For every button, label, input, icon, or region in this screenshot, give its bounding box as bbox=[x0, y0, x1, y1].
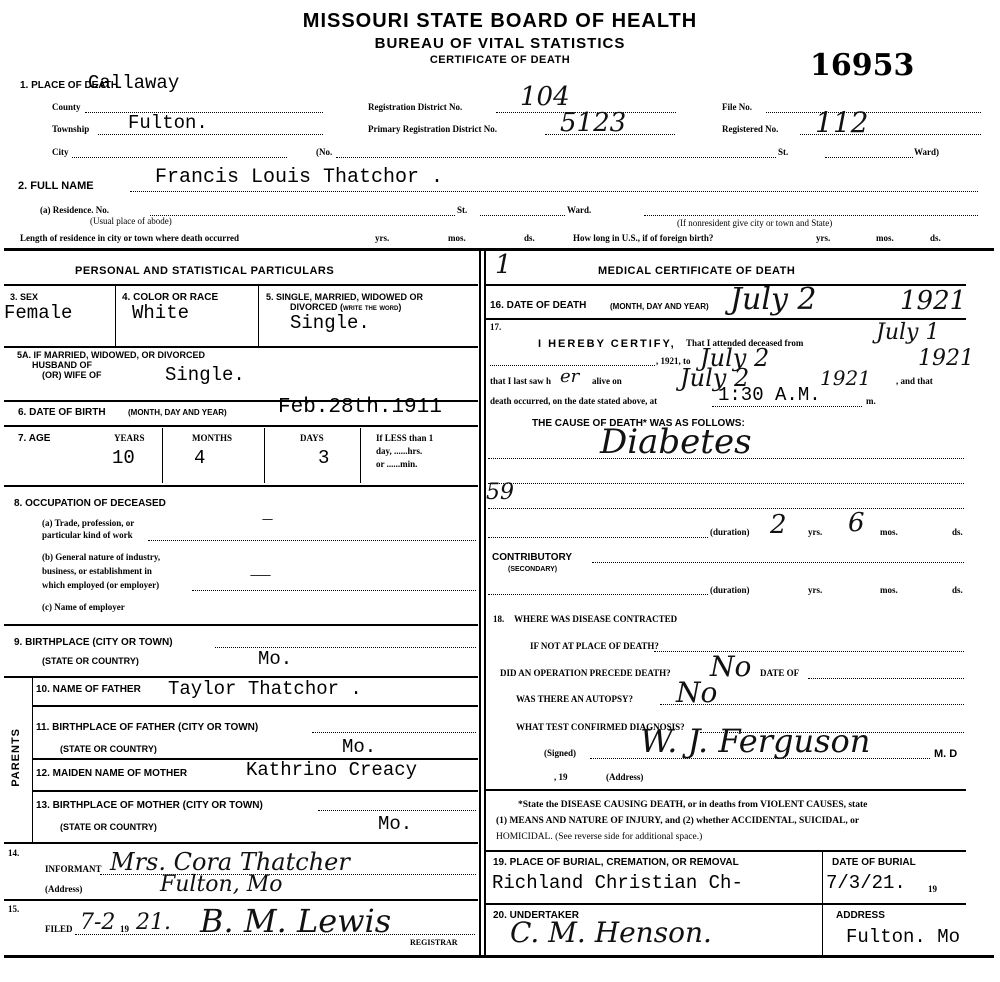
employer-label: (c) Name of employer bbox=[42, 602, 125, 612]
duration-yrs-label: yrs. bbox=[808, 527, 822, 537]
undertaker-value: C. M. Henson. bbox=[510, 916, 712, 949]
secondary-label: (SECONDARY) bbox=[508, 566, 557, 573]
footnote-line-1: *State the DISEASE CAUSING DEATH, or in … bbox=[518, 797, 867, 813]
informant-address-value: Fulton, Mo bbox=[160, 872, 282, 897]
file-no-label: File No. bbox=[722, 102, 752, 112]
footnote-line-2: (1) MEANS AND NATURE OF INJURY, and (2) … bbox=[496, 813, 859, 829]
marital-label: 5. SINGLE, MARRIED, WIDOWED OR bbox=[266, 292, 423, 302]
date-of-death-year: 1921 bbox=[900, 286, 966, 316]
row-divider-11 bbox=[4, 899, 478, 901]
dob-value: Feb.28th.1911 bbox=[278, 396, 442, 419]
signed-year-prefix: , 19 bbox=[554, 772, 568, 782]
personal-section-title: PERSONAL AND STATISTICAL PARTICULARS bbox=[75, 265, 334, 277]
cause-mark: 59 bbox=[486, 480, 514, 505]
birthplace-value: Mo. bbox=[258, 648, 292, 670]
cause-line-3 bbox=[488, 508, 964, 509]
row-divider-7 bbox=[32, 705, 478, 707]
mother-name-value: Kathrino Creacy bbox=[246, 759, 417, 781]
m-suffix: m. bbox=[866, 396, 876, 406]
occupation-b-line1: (b) General nature of industry, bbox=[42, 552, 160, 562]
burial-row-divider bbox=[486, 903, 966, 905]
filed-label: FILED bbox=[45, 924, 73, 934]
mother-name-label: 12. MAIDEN NAME OF MOTHER bbox=[36, 768, 187, 779]
sex-label: 3. SEX bbox=[10, 292, 38, 302]
nonresident-note: (If nonresident give city or town and St… bbox=[677, 218, 832, 228]
and-that-label: , and that bbox=[896, 376, 933, 386]
nonresident-line bbox=[644, 215, 978, 216]
ward-label: Ward) bbox=[914, 147, 939, 157]
street-no-label: (No. bbox=[316, 147, 332, 157]
alive-on-label: alive on bbox=[592, 376, 622, 386]
medical-divider bbox=[486, 284, 966, 286]
cause-value: Diabetes bbox=[600, 422, 752, 462]
foreign-birth-label: How long in U.S., if of foreign birth? bbox=[573, 233, 713, 243]
where-num: 18. bbox=[493, 614, 504, 624]
row-divider-10 bbox=[4, 842, 478, 844]
length-yrs: yrs. bbox=[375, 233, 389, 243]
last-saw-label: that I last saw h bbox=[490, 376, 551, 386]
less-than-label-2: day, ......hrs. bbox=[376, 446, 422, 456]
mother-birth-state-label: (STATE OR COUNTRY) bbox=[60, 822, 157, 832]
contributory-label: CONTRIBUTORY bbox=[492, 552, 572, 563]
cause-line-1 bbox=[488, 458, 964, 459]
residence-ward-label: Ward. bbox=[567, 205, 591, 215]
age-label: 7. AGE bbox=[18, 433, 50, 444]
row-divider-9 bbox=[32, 790, 478, 792]
if-not-label: IF NOT AT PLACE OF DEATH? bbox=[530, 641, 659, 651]
spouse-label-3: (OR) WIFE OF bbox=[42, 370, 102, 380]
duration-mos-value: 6 bbox=[848, 508, 865, 538]
occurred-value: 1:30 A.M. bbox=[718, 384, 821, 406]
occupation-b-line3: which employed (or employer) bbox=[42, 580, 159, 590]
contributory-yrs-label: yrs. bbox=[808, 585, 822, 595]
burial-date-label: DATE OF BURIAL bbox=[832, 857, 916, 868]
race-value: White bbox=[132, 302, 189, 324]
father-name-label: 10. NAME OF FATHER bbox=[36, 684, 141, 695]
birthplace-city-line bbox=[215, 647, 476, 648]
sex-value: Female bbox=[4, 302, 72, 324]
street-label: St. bbox=[778, 147, 788, 157]
signed-label: (Signed) bbox=[544, 748, 576, 758]
ward-line bbox=[825, 157, 913, 158]
row-divider-4 bbox=[4, 485, 478, 487]
occurred-label: death occurred, on the date stated above… bbox=[490, 396, 657, 406]
filed-date: 7-2 bbox=[80, 910, 115, 935]
mother-birth-city-line bbox=[318, 810, 476, 811]
father-birth-value: Mo. bbox=[342, 736, 376, 758]
operation-label: DID AN OPERATION PRECEDE DEATH? bbox=[500, 668, 671, 678]
physician-address-label: (Address) bbox=[606, 772, 643, 782]
length-ds: ds. bbox=[524, 233, 535, 243]
duration-label: (duration) bbox=[710, 527, 750, 537]
mother-birth-value: Mo. bbox=[378, 813, 412, 835]
burial-place-label: 19. PLACE OF BURIAL, CREMATION, OR REMOV… bbox=[493, 857, 739, 868]
attended-to-year: 1921 bbox=[918, 346, 974, 371]
row-divider-3 bbox=[4, 425, 478, 427]
last-saw-pronoun: er bbox=[560, 366, 579, 387]
township-value: Fulton. bbox=[128, 112, 208, 134]
less-than-label-1: If LESS than 1 bbox=[376, 433, 433, 443]
foreign-mos: mos. bbox=[876, 233, 894, 243]
attended-from: July 1 bbox=[876, 320, 939, 345]
filed-year-prefix: 19 bbox=[120, 924, 129, 934]
primary-reg-label: Primary Registration District No. bbox=[368, 124, 497, 134]
medical-row-divider-2 bbox=[486, 789, 966, 791]
md-label: M. D bbox=[934, 748, 957, 760]
file-no-line bbox=[766, 112, 981, 113]
township-line bbox=[98, 134, 323, 135]
registered-no-label: Registered No. bbox=[722, 124, 778, 134]
certify-num: 17. bbox=[490, 322, 501, 332]
alive-year: 1921 bbox=[820, 366, 871, 390]
father-birth-label: 11. BIRTHPLACE OF FATHER (CITY OR TOWN) bbox=[36, 722, 258, 733]
occupation-label: 8. OCCUPATION OF DECEASED bbox=[14, 498, 166, 509]
residence-st-label: St. bbox=[457, 205, 467, 215]
filed-year: 21. bbox=[136, 910, 171, 935]
occupation-b-line2: business, or establishment in bbox=[42, 566, 152, 576]
father-birth-city-line bbox=[312, 732, 476, 733]
autopsy-label: WAS THERE AN AUTOPSY? bbox=[516, 694, 633, 704]
city-line bbox=[72, 157, 287, 158]
certificate-number: 16953 bbox=[810, 48, 914, 83]
birthplace-label: 9. BIRTHPLACE (CITY OR TOWN) bbox=[14, 637, 173, 648]
filed-num: 15. bbox=[8, 904, 19, 914]
medical-section-title: MEDICAL CERTIFICATE OF DEATH bbox=[598, 265, 795, 277]
years-value: 10 bbox=[112, 447, 135, 469]
burial-date-value: 7/3/21. bbox=[826, 872, 906, 894]
less-than-label-3: or ......min. bbox=[376, 459, 417, 469]
days-less-divider bbox=[360, 428, 361, 483]
spouse-label-1: 5A. IF MARRIED, WIDOWED, OR DIVORCED bbox=[17, 350, 205, 360]
residence-ward-line bbox=[480, 215, 565, 216]
mother-birth-label: 13. BIRTHPLACE OF MOTHER (CITY OR TOWN) bbox=[36, 800, 263, 811]
date-of-death-label: 16. DATE OF DEATH bbox=[490, 300, 586, 311]
full-name-line bbox=[130, 191, 978, 192]
race-marital-divider bbox=[258, 286, 259, 346]
residence-label: (a) Residence. No. bbox=[40, 205, 109, 215]
length-mos: mos. bbox=[448, 233, 466, 243]
contributory-mos-label: mos. bbox=[880, 585, 898, 595]
spouse-value: Single. bbox=[165, 364, 245, 386]
contributory-line bbox=[592, 562, 964, 563]
marital-label-2: DIVORCED (write the word) bbox=[290, 302, 401, 312]
date-of-death-value: July 2 bbox=[730, 282, 817, 317]
medical-row-divider-3 bbox=[486, 850, 966, 852]
occurred-line bbox=[712, 406, 862, 407]
residence-line bbox=[150, 215, 455, 216]
months-value: 4 bbox=[194, 447, 205, 469]
spouse-label-2: HUSBAND OF bbox=[32, 360, 92, 370]
duration-line bbox=[488, 537, 708, 538]
cause-line-2 bbox=[488, 483, 964, 484]
dob-label: 6. DATE OF BIRTH bbox=[18, 407, 106, 418]
row-divider-1 bbox=[4, 346, 478, 348]
date-of-label: DATE OF bbox=[760, 668, 799, 678]
duration-ds-label: ds. bbox=[952, 527, 963, 537]
where-label: WHERE WAS DISEASE CONTRACTED bbox=[514, 614, 677, 624]
informant-num: 14. bbox=[8, 848, 19, 858]
burial-address-value: Fulton. Mo bbox=[846, 926, 960, 948]
dob-sublabel: (MONTH, DAY AND YEAR) bbox=[128, 408, 227, 417]
duration-yrs-value: 2 bbox=[770, 510, 787, 540]
full-name-label: 2. FULL NAME bbox=[18, 180, 94, 192]
marital-value: Single. bbox=[290, 312, 370, 334]
street-line bbox=[336, 157, 776, 158]
personal-divider bbox=[4, 284, 478, 286]
bottom-border bbox=[4, 955, 994, 958]
informant-label: INFORMANT bbox=[45, 864, 102, 874]
occupation-a-line bbox=[148, 540, 476, 541]
row-divider-5 bbox=[4, 624, 478, 626]
contributory-duration-line bbox=[488, 594, 708, 595]
months-days-divider bbox=[264, 428, 265, 483]
contributory-duration-label: (duration) bbox=[710, 585, 750, 595]
burial-date-suffix: 19 bbox=[928, 884, 937, 894]
township-label: Township bbox=[52, 124, 89, 134]
footnote-line-3: HOMICIDAL. (See reverse side for additio… bbox=[496, 829, 702, 845]
registrar-signature: B. M. Lewis bbox=[200, 902, 391, 940]
occupation-a-line2: particular kind of work bbox=[42, 530, 133, 540]
parents-bracket bbox=[32, 678, 33, 843]
days-value: 3 bbox=[318, 447, 329, 469]
abode-note: (Usual place of abode) bbox=[90, 216, 172, 226]
county-value: Callaway bbox=[88, 72, 179, 94]
birthplace-state-label: (STATE OR COUNTRY) bbox=[42, 656, 139, 666]
foreign-yrs: yrs. bbox=[816, 233, 830, 243]
burial-place-value: Richland Christian Ch- bbox=[492, 872, 743, 894]
father-birth-state-label: (STATE OR COUNTRY) bbox=[60, 744, 157, 754]
occupation-b-value: ---------- bbox=[250, 570, 270, 580]
registered-no-value: 112 bbox=[815, 106, 868, 139]
informant-address-label: (Address) bbox=[45, 884, 82, 894]
length-residence-label: Length of residence in city or town wher… bbox=[20, 233, 239, 243]
reg-district-label: Registration District No. bbox=[368, 102, 462, 112]
county-label: County bbox=[52, 102, 81, 112]
days-label: DAYS bbox=[300, 433, 324, 443]
date-of-death-sublabel: (MONTH, DAY AND YEAR) bbox=[610, 302, 709, 311]
years-months-divider bbox=[162, 428, 163, 483]
father-name-value: Taylor Thatchor . bbox=[168, 678, 362, 700]
if-not-line bbox=[654, 651, 964, 652]
operation-date-line bbox=[808, 678, 964, 679]
occupation-b-line bbox=[192, 590, 476, 591]
registrar-label: REGISTRAR bbox=[410, 938, 458, 947]
certify-label: I HEREBY CERTIFY, bbox=[538, 338, 676, 350]
column-divider-left bbox=[479, 251, 481, 958]
parents-side-label: PARENTS bbox=[10, 728, 22, 787]
primary-reg-value: 5123 bbox=[560, 108, 626, 138]
board-title: MISSOURI STATE BOARD OF HEALTH bbox=[0, 10, 1000, 33]
sex-race-divider bbox=[115, 286, 116, 346]
months-label: MONTHS bbox=[192, 433, 232, 443]
duration-mos-label: mos. bbox=[880, 527, 898, 537]
full-name-value: Francis Louis Thatchor . bbox=[155, 166, 443, 189]
contributory-ds-label: ds. bbox=[952, 585, 963, 595]
physician-signature: W. J. Ferguson bbox=[640, 722, 870, 760]
occupation-a-value: ----- bbox=[262, 514, 272, 524]
autopsy-value: No bbox=[676, 676, 717, 709]
page-mark: 1 bbox=[495, 250, 512, 280]
city-label: City bbox=[52, 147, 69, 157]
occupation-a-line1: (a) Trade, profession, or bbox=[42, 518, 134, 528]
years-label: YEARS bbox=[114, 433, 145, 443]
foreign-ds: ds. bbox=[930, 233, 941, 243]
burial-address-label: ADDRESS bbox=[836, 910, 885, 921]
